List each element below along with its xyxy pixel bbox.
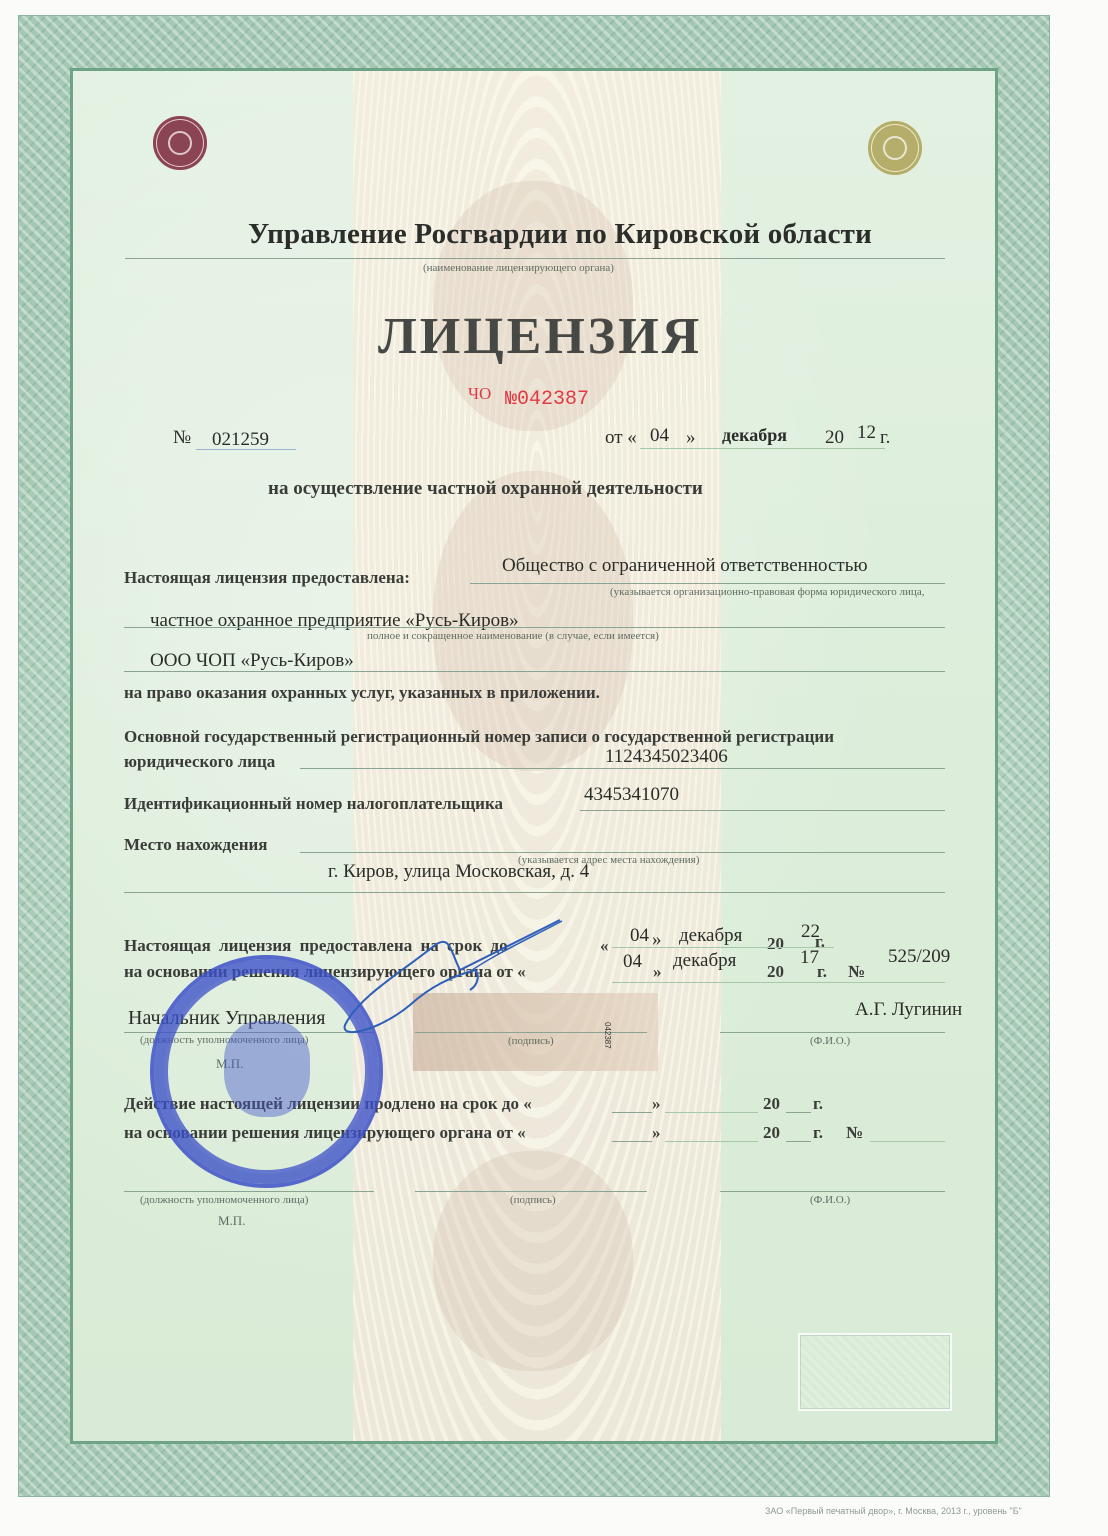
document-title: ЛИЦЕНЗИЯ bbox=[378, 307, 702, 366]
year-prefix: 20 bbox=[763, 1094, 780, 1114]
rosette-ornament-icon bbox=[153, 116, 207, 170]
underline bbox=[612, 982, 945, 983]
serial-prefix: ЧО bbox=[468, 384, 491, 404]
year-prefix: 20 bbox=[767, 934, 784, 954]
handwritten-signature bbox=[300, 915, 630, 1045]
authority-name: Управление Росгвардии по Кировской облас… bbox=[248, 218, 872, 251]
quote-close: » bbox=[653, 962, 662, 982]
number-label: № bbox=[173, 427, 191, 449]
underline bbox=[415, 1191, 647, 1192]
year-label: г. bbox=[817, 962, 827, 982]
quote-close: » bbox=[652, 1123, 661, 1143]
underline bbox=[665, 1141, 758, 1142]
year-label: г. bbox=[813, 1123, 823, 1143]
underline bbox=[612, 1141, 652, 1142]
license-number: 021259 bbox=[212, 429, 269, 451]
underline bbox=[665, 1112, 758, 1113]
year-suffix: 12 bbox=[857, 422, 876, 444]
ogrn-value: 1124345023406 bbox=[605, 746, 728, 768]
inn-value: 4345341070 bbox=[584, 784, 679, 806]
underline bbox=[786, 1141, 811, 1142]
position-caption: (должность уполномоченного лица) bbox=[140, 1194, 308, 1206]
term-month: декабря bbox=[679, 925, 742, 947]
name-caption: (Ф.И.О.) bbox=[810, 1035, 850, 1047]
basis-month: декабря bbox=[673, 950, 736, 972]
number-label: № bbox=[846, 1123, 863, 1143]
decision-number: 525/209 bbox=[888, 946, 950, 968]
year-label: г. bbox=[813, 1094, 823, 1114]
divider bbox=[125, 258, 945, 259]
grantee-label: Настоящая лицензия предоставлена: bbox=[124, 568, 410, 588]
license-day: 04 bbox=[650, 425, 669, 447]
watermark-emblem bbox=[433, 1151, 633, 1371]
underline bbox=[720, 1032, 945, 1033]
location-label: Место нахождения bbox=[124, 835, 267, 855]
name-caption: (Ф.И.О.) bbox=[810, 1194, 850, 1206]
underline bbox=[580, 810, 945, 811]
seal-caption: М.П. bbox=[218, 1213, 245, 1229]
signatory-name: А.Г. Лугинин bbox=[855, 999, 962, 1021]
underline bbox=[300, 852, 945, 853]
year-label: г. bbox=[880, 427, 890, 449]
rosette-ornament-icon bbox=[868, 121, 922, 175]
underline bbox=[640, 448, 885, 449]
year-prefix: 20 bbox=[763, 1123, 780, 1143]
underline bbox=[300, 768, 945, 769]
full-name: частное охранное предприятие «Русь-Киров… bbox=[150, 610, 519, 632]
name-caption: полное и сокращенное наименование (в слу… bbox=[367, 630, 659, 642]
short-name: ООО ЧОП «Русь-Киров» bbox=[150, 650, 354, 672]
ogrn-label-line1: Основной государственный регистрационный… bbox=[124, 727, 834, 747]
printer-note: ЗАО «Первый печатный двор», г. Москва, 2… bbox=[765, 1506, 1022, 1516]
legal-form: Общество с ограниченной ответственностью bbox=[502, 555, 868, 577]
underline bbox=[124, 1191, 374, 1192]
underline bbox=[612, 1112, 652, 1113]
underline bbox=[124, 892, 945, 893]
underline bbox=[124, 627, 945, 628]
authority-caption: (наименование лицензирующего органа) bbox=[423, 262, 614, 274]
underline bbox=[720, 1191, 945, 1192]
signature-caption: (подпись) bbox=[510, 1194, 556, 1206]
purpose: на осуществление частной охранной деятел… bbox=[268, 478, 703, 500]
coat-of-arms-icon bbox=[224, 1021, 310, 1117]
location-value: г. Киров, улица Московская, д. 4 bbox=[328, 861, 589, 883]
rights-text: на право оказания охранных услуг, указан… bbox=[124, 683, 600, 703]
term-day: 04 bbox=[630, 925, 649, 947]
underline bbox=[786, 1112, 811, 1113]
underline bbox=[196, 449, 296, 450]
year-prefix: 20 bbox=[767, 962, 784, 982]
year-prefix: 20 bbox=[825, 427, 844, 449]
number-label: № bbox=[848, 962, 865, 982]
quote-close: » bbox=[652, 1094, 661, 1114]
ogrn-label-line2: юридического лица bbox=[124, 752, 275, 772]
underline bbox=[470, 583, 945, 584]
underline bbox=[870, 1141, 945, 1142]
license-month: декабря bbox=[722, 425, 787, 446]
embossed-mark bbox=[798, 1333, 952, 1411]
quote-close: » bbox=[686, 427, 696, 449]
legal-form-caption: (указывается организационно-правовая фор… bbox=[610, 586, 924, 598]
serial-number: №042387 bbox=[505, 388, 589, 411]
inn-label: Идентификационный номер налогоплательщик… bbox=[124, 794, 503, 814]
date-from-label: от « bbox=[605, 427, 637, 449]
underline bbox=[124, 671, 945, 672]
